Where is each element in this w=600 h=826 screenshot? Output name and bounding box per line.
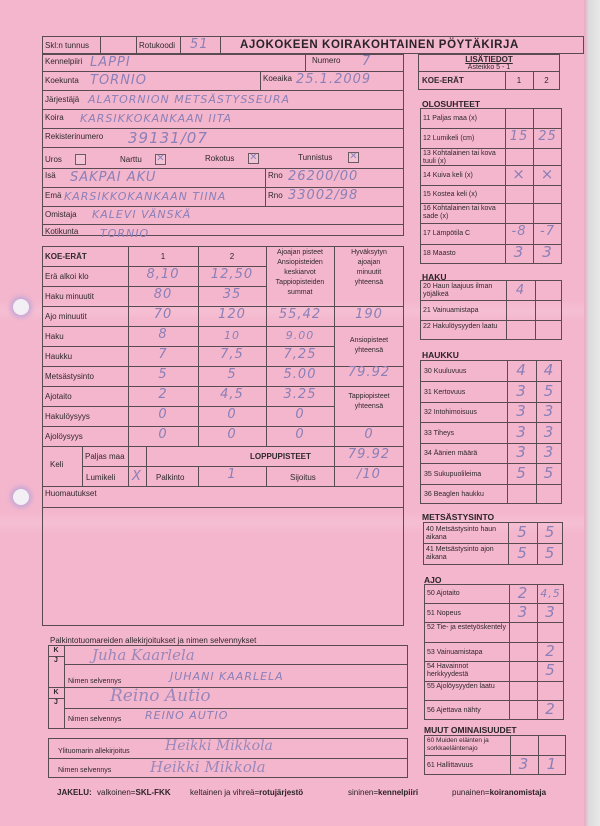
kennelpiiri-field[interactable]: LAPPI [90,56,131,69]
cell-value[interactable]: 3 [507,384,536,399]
cell-value[interactable]: 5 [537,546,563,561]
rokotus-checkbox[interactable]: ✕ [248,153,259,164]
tunnistus-label: Tunnistus [298,154,332,162]
row-label: Erä alkoi klo [45,273,89,281]
kotikunta-label: Kotikunta [45,228,78,236]
cell-value[interactable]: 0 [198,428,266,441]
cell-value[interactable]: -7 [533,225,562,238]
row-label: Metsästysinto [45,373,94,381]
row-label: 35 Sukupuolileima [424,471,481,478]
omistaja-label: Omistaja [45,211,77,219]
jakelu-item-4: punainen=koiranomistaja [452,788,546,797]
row-label: 50 Ajotaito [427,590,460,597]
row-label: 51 Nopeus [427,610,461,617]
punch-hole [13,299,29,315]
row-label: 21 Vainuamistapa [423,307,479,314]
cell-value[interactable]: 7,25 [266,348,334,361]
row-label: 33 Tiheys [424,430,454,437]
row-label: Ajotaito [45,393,72,401]
paper-edge [584,0,600,826]
row-label: Hakulöysyys [45,413,90,421]
cell-value[interactable]: 120 [198,308,266,321]
koekunta-label: Koekunta [45,77,79,85]
cell-value[interactable]: 2 [509,586,537,601]
punch-hole [13,489,29,505]
judge-1-clarification[interactable]: JUHANI KAARLELA [170,671,284,682]
tappiopisteet-total[interactable]: 0 [334,428,404,441]
cell-value[interactable]: 3 [533,245,562,260]
lisatiedot-col-1: 1 [505,77,533,85]
cell-value[interactable]: 4 [506,284,535,297]
row-label: 32 Intohimoisuus [424,409,477,416]
cell-value[interactable]: 5 [508,525,537,540]
cell-value[interactable]: 5 [507,466,536,481]
lumikeli-field[interactable]: X [128,470,146,483]
row-label: 11 Paljas maa (x) [423,115,477,122]
ema-label: Emä [45,192,61,200]
cell-value[interactable]: 3 [536,445,562,460]
huomautukset-field[interactable] [42,486,404,626]
cell-value[interactable]: 5 [128,368,198,381]
isa-label: Isä [45,172,56,180]
jarjestaja-label: Järjestäjä [45,96,79,104]
narttu-checkbox[interactable]: ✕ [155,154,166,165]
cell-value[interactable]: 3 [507,425,536,440]
isa-rno-label: Rno [268,172,283,180]
judge-1-clarification-label: Nimen selvennys [68,678,121,685]
col-3-header: Ajoajan pisteet Ansiopisteiden keskiarvo… [266,248,334,298]
cell-value[interactable]: 2 [537,702,564,717]
cell-value[interactable]: 4 [507,363,536,378]
row-label: 18 Maasto [423,250,456,257]
row-label: 15 Kostea keli (x) [423,191,477,198]
palkinto-field[interactable]: 1 [198,468,266,481]
koe-erat-header: KOE-ERÄT [45,253,87,261]
cell-value[interactable]: 3.25 [266,388,334,401]
cell-value[interactable]: 10 [198,330,266,341]
cell-value[interactable]: 3 [509,605,537,620]
kj-label-j: J [48,699,64,706]
row-label: 40 Metsästysinto haun aikana [426,526,506,542]
ansiopisteet-header: Ansiopisteet yhteensä [334,336,404,356]
uros-checkbox[interactable] [75,154,86,165]
cell-value[interactable]: 5.00 [266,368,334,381]
koira-field[interactable]: KARSIKKOKANKAAN IITA [80,113,232,124]
row-label: Haku [45,333,64,341]
omistaja-field[interactable]: KALEVI VÄNSKÄ [92,209,191,220]
cell-value[interactable]: 2 [128,388,198,401]
judge-2-clarification[interactable]: REINO AUTIO [145,710,228,721]
cell-value[interactable]: × [533,167,562,182]
kotikunta-field[interactable]: TORNIO [100,228,149,239]
cell-value[interactable]: 55,42 [266,308,334,321]
cell-value[interactable]: 3 [507,404,536,419]
jakelu-item-3: sininen=kennelpiiri [348,788,418,797]
ema-rno-field[interactable]: 33002/98 [288,189,358,202]
cell-value[interactable]: 5 [537,525,563,540]
row-label: 56 Ajettava nähty [427,707,481,714]
numero-label: Numero [312,57,340,65]
cell-value[interactable]: 15 [505,130,533,143]
section-muut-ominaisuudet: MUUT OMINAISUUDET [424,725,517,735]
cell-value[interactable]: 0 [128,428,198,441]
koekunta-field[interactable]: TORNIO [90,74,147,87]
cell-value[interactable]: × [505,167,533,182]
cell-value[interactable]: 9.00 [266,330,334,341]
cell-value[interactable]: 8,10 [128,268,198,281]
ylituomari-signature[interactable]: Heikki Mikkola [165,738,273,754]
cell-value[interactable]: 25 [533,130,562,143]
row-label: 52 Tie- ja estetyöskentely [427,624,507,632]
cell-value[interactable]: 5 [536,384,562,399]
jakelu-label: JAKELU: [57,788,92,797]
cell-value[interactable]: 0 [266,408,334,421]
sijoitus-label: Sijoitus [290,474,316,482]
rekisterinumero-label: Rekisterinumero [45,133,103,141]
cell-value[interactable]: 0 [128,408,198,421]
row-label: 13 Kohtalainen tai kova tuuli (x) [423,150,503,166]
cell-value[interactable]: 1 [538,757,566,772]
isa-rno-field[interactable]: 26200/00 [288,170,358,183]
judge-2-signature[interactable]: Reino Autio [110,686,211,706]
cell-value[interactable]: 4 [536,363,562,378]
row-label: 20 Haun laajuus ilman yöjälkeä [423,283,505,299]
cell-value[interactable]: 35 [198,288,266,301]
cell-value[interactable]: 3 [510,757,538,772]
cell-value[interactable]: 3 [536,404,562,419]
palkinto-label: Palkinto [156,474,184,482]
loppupisteet-label: LOPPUPISTEET [250,453,311,461]
cell-value[interactable]: 190 [334,308,404,321]
cell-value[interactable]: 70 [128,308,198,321]
row-label: 53 Vainuamistapa [427,649,483,656]
numero-field[interactable]: 7 [362,55,371,68]
paljas-maa-label: Paljas maa [85,453,125,461]
cell-value[interactable]: 3 [507,445,536,460]
koeaika-field[interactable]: 25.1.2009 [296,73,371,86]
row-label: 16 Kohtalainen tai kova sade (x) [423,205,503,221]
section-metsastysinto: METSÄSTYSINTO [422,512,494,522]
row-label: 17 Lämpötila C [423,230,470,237]
rokotus-label: Rokotus [205,155,234,163]
ylituomari-clarification-label: Nimen selvennys [58,767,111,774]
ylituomari-clarification[interactable]: Heikki Mikkola [150,758,266,776]
lisatiedot-title: LISÄTIEDOT [418,56,560,64]
form-title: AJOKOKEEN KOIRAKOHTAINEN PÖYTÄKIRJA [240,39,519,51]
col-1-header: 1 [128,253,198,261]
cell-value[interactable]: 3 [536,425,562,440]
cell-value[interactable]: 5 [198,368,266,381]
keli-label: Keli [50,461,63,469]
jarjestaja-field[interactable]: ALATORNION METSÄSTYSSEURA [88,94,290,105]
cell-value[interactable]: 3 [537,605,564,620]
row-label: 41 Metsästysinto ajon aikana [426,546,506,562]
ema-field[interactable]: KARSIKKOKANKAAN TIINA [64,191,226,202]
row-label: 54 Havainnot herkkyydestä [427,663,507,679]
row-label: 34 Äänien määrä [424,450,477,457]
cell-value[interactable]: -8 [505,225,533,238]
uros-label: Uros [45,156,62,164]
row-label: 61 Hallittavuus [427,762,473,769]
rotukoodi-field[interactable]: 51 [190,38,209,51]
row-label: 30 Kuuluvuus [424,368,466,375]
jakelu-item-1: valkoinen=SKL-FKK [97,788,171,797]
row-label: Haku minuutit [45,293,94,301]
kj-label-j: J [48,657,64,664]
ansiopisteet-total[interactable]: 79.92 [334,366,404,379]
row-label: 36 Beaglen haukku [424,491,484,498]
tunnistus-checkbox[interactable]: ✕ [348,152,359,163]
row-label: 14 Kuiva keli (x) [423,172,473,179]
cell-value[interactable]: 5 [537,663,564,678]
loppupisteet-field[interactable]: 79.92 [334,448,404,461]
col-2-header: 2 [198,253,266,261]
cell-value[interactable]: 12,50 [198,268,266,281]
tappiopisteet-header: Tappiopisteet yhteensä [334,392,404,412]
row-label: Ajolöysyys [45,433,83,441]
kennelpiiri-label: Kennelpiiri [45,58,82,66]
section-haukku: HAUKKU [422,350,459,360]
row-label: 55 Ajolöysyyden laatu [427,683,507,691]
jakelu-item-2: keltainen ja vihreä=rotujärjestö [190,788,303,797]
cell-value[interactable]: 7 [128,348,198,361]
row-label: Ajo minuutit [45,313,87,321]
koira-label: Koira [45,114,64,122]
cell-value[interactable]: 4,5 [537,588,564,599]
row-label: 60 Muiden eläinten ja sorkkaeläintenajo [427,737,511,753]
cell-value[interactable]: 0 [266,428,334,441]
rotukoodi-label: Rotukoodi [139,42,175,50]
row-label: 22 Hakulöysyyden laatu [423,323,505,331]
lisatiedot-subtitle: Asteikko 5 - 1 [418,64,560,71]
cell-value[interactable]: 2 [537,644,564,659]
lumikeli-label: Lumikeli [86,474,115,482]
cell-value[interactable]: 0 [198,408,266,421]
ema-rno-label: Rno [268,192,283,200]
row-label: Haukku [45,353,72,361]
kj-label-k: K [48,689,64,696]
cell-value[interactable]: 80 [128,288,198,301]
lisatiedot-col-2: 2 [533,77,560,85]
rekisterinumero-field[interactable]: 39131/07 [128,131,208,146]
cell-value[interactable]: 3 [505,245,533,260]
ylituomari-label: Ylituomarin allekirjoitus [58,748,130,755]
cell-value[interactable]: 7,5 [198,348,266,361]
col-4-header: Hyväksytyn ajoajan minuutit yhteensä [334,248,404,288]
lisatiedot-koe-erat: KOE-ERÄT [422,77,464,85]
skl-tunnus-label: Skl:n tunnus [45,42,89,50]
sijoitus-field[interactable]: /10 [334,468,404,481]
kj-label-k: K [48,647,64,654]
cell-value[interactable]: 8 [128,328,198,341]
cell-value[interactable]: 5 [536,466,562,481]
row-label: 12 Lumikeli (cm) [423,135,474,142]
row-label: 31 Kertovuus [424,389,465,396]
narttu-label: Narttu [120,156,142,164]
judge-2-clarification-label: Nimen selvennys [68,716,121,723]
isa-field[interactable]: SAKPAI AKU [70,171,156,184]
judge-1-signature[interactable]: Juha Kaarlela [92,646,195,664]
cell-value[interactable]: 5 [508,546,537,561]
koeaika-label: Koeaika [263,75,292,83]
signatures-heading: Palkintotuomareiden allekirjoitukset ja … [50,637,256,645]
cell-value[interactable]: 4,5 [198,388,266,401]
